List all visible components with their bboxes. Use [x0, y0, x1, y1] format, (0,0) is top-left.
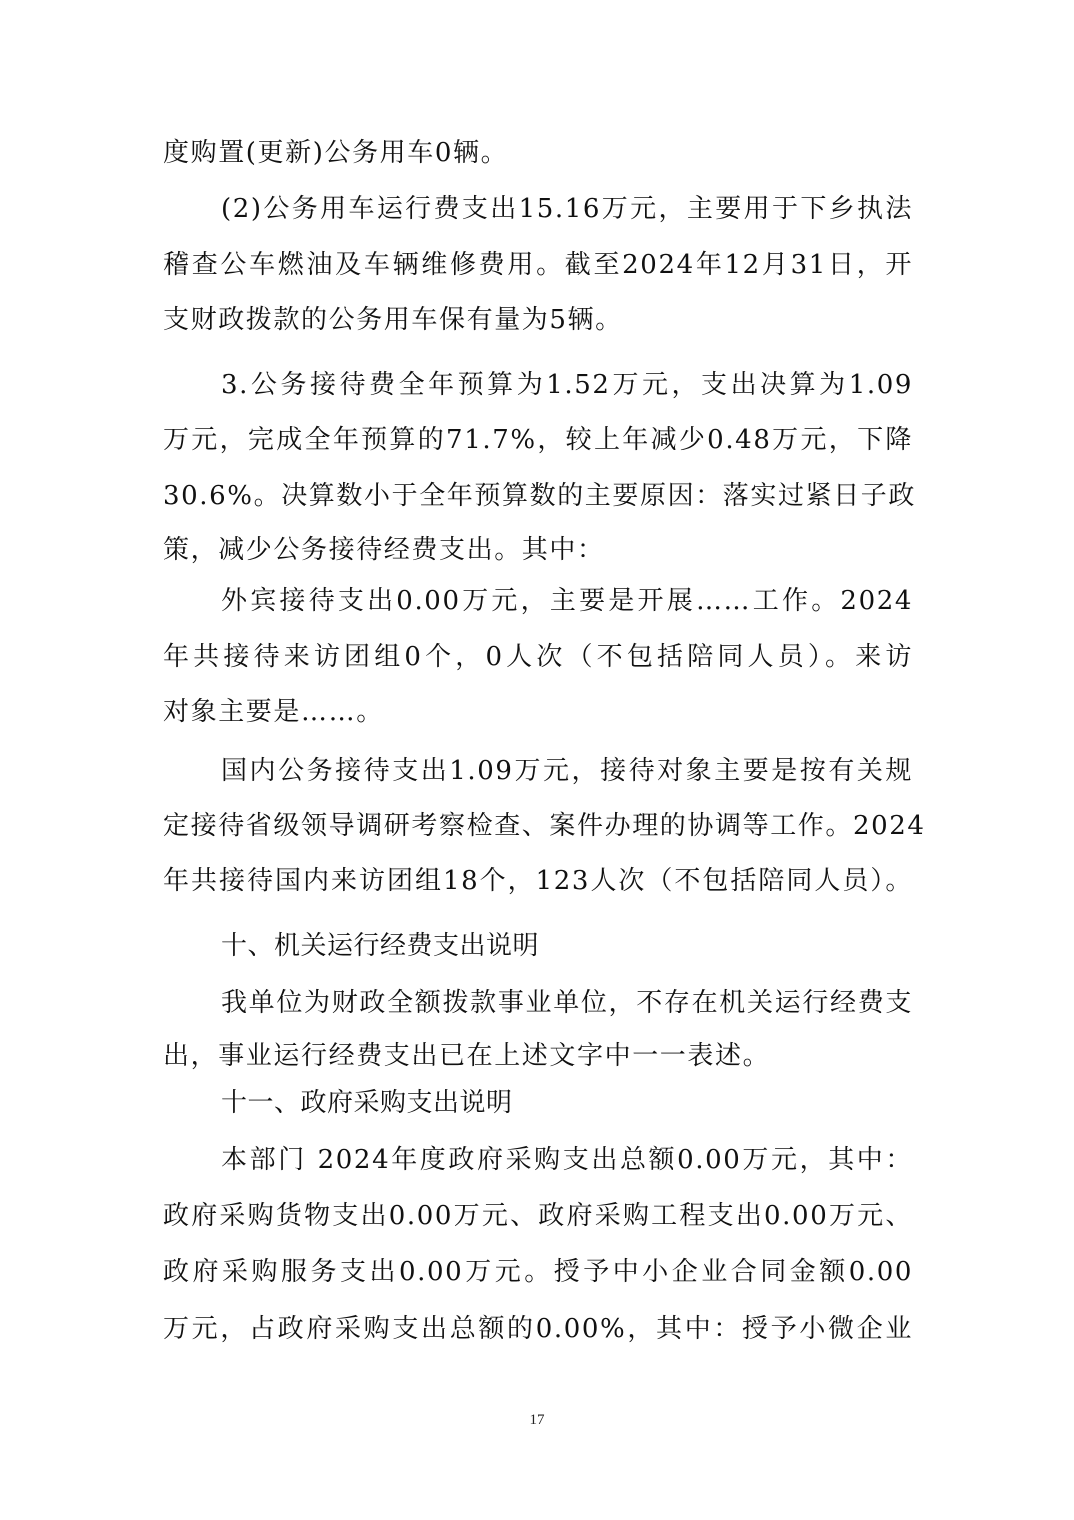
text-line: 外宾接待支出0.00万元，主要是开展……工作。2024 — [221, 584, 913, 618]
text-line: 对象主要是……。 — [163, 695, 913, 729]
text-line: 度购置(更新)公务用车0辆。 — [163, 136, 913, 170]
text-line: 本部门 2024年度政府采购支出总额0.00万元，其中： — [221, 1143, 913, 1177]
page-number: 17 — [0, 1412, 1074, 1429]
text-line: 政府采购服务支出0.00万元。授予中小企业合同金额0.00 — [163, 1255, 913, 1289]
text-line: 3.公务接待费全年预算为1.52万元，支出决算为1.09 — [221, 368, 913, 402]
document-page: 度购置(更新)公务用车0辆。(2)公务用车运行费支出15.16万元，主要用于下乡… — [0, 0, 1074, 1520]
text-line: 定接待省级领导调研考察检查、案件办理的协调等工作。2024 — [163, 809, 913, 843]
text-line: 30.6%。决算数小于全年预算数的主要原因：落实过紧日子政 — [163, 479, 913, 513]
text-line: 万元，占政府采购支出总额的0.00%，其中：授予小微企业 — [163, 1312, 913, 1346]
section-heading-10: 十、机关运行经费支出说明 — [221, 929, 539, 963]
text-line: 年共接待国内来访团组18个，123人次（不包括陪同人员）。 — [163, 864, 913, 898]
text-line: (2)公务用车运行费支出15.16万元，主要用于下乡执法 — [221, 192, 913, 226]
text-line: 我单位为财政全额拨款事业单位，不存在机关运行经费支 — [221, 986, 913, 1020]
text-line: 万元，完成全年预算的71.7%，较上年减少0.48万元，下降 — [163, 423, 913, 457]
text-line: 稽查公车燃油及车辆维修费用。截至2024年12月31日，开 — [163, 248, 913, 282]
text-line: 政府采购货物支出0.00万元、政府采购工程支出0.00万元、 — [163, 1199, 913, 1233]
section-heading-11: 十一、政府采购支出说明 — [221, 1086, 513, 1120]
text-line: 年共接待来访团组0个，0人次（不包括陪同人员）。来访 — [163, 640, 913, 674]
text-line: 策，减少公务接待经费支出。其中： — [163, 533, 913, 567]
text-line: 支财政拨款的公务用车保有量为5辆。 — [163, 303, 913, 337]
text-line: 出，事业运行经费支出已在上述文字中一一表述。 — [163, 1039, 913, 1073]
text-line: 国内公务接待支出1.09万元，接待对象主要是按有关规 — [221, 754, 913, 788]
